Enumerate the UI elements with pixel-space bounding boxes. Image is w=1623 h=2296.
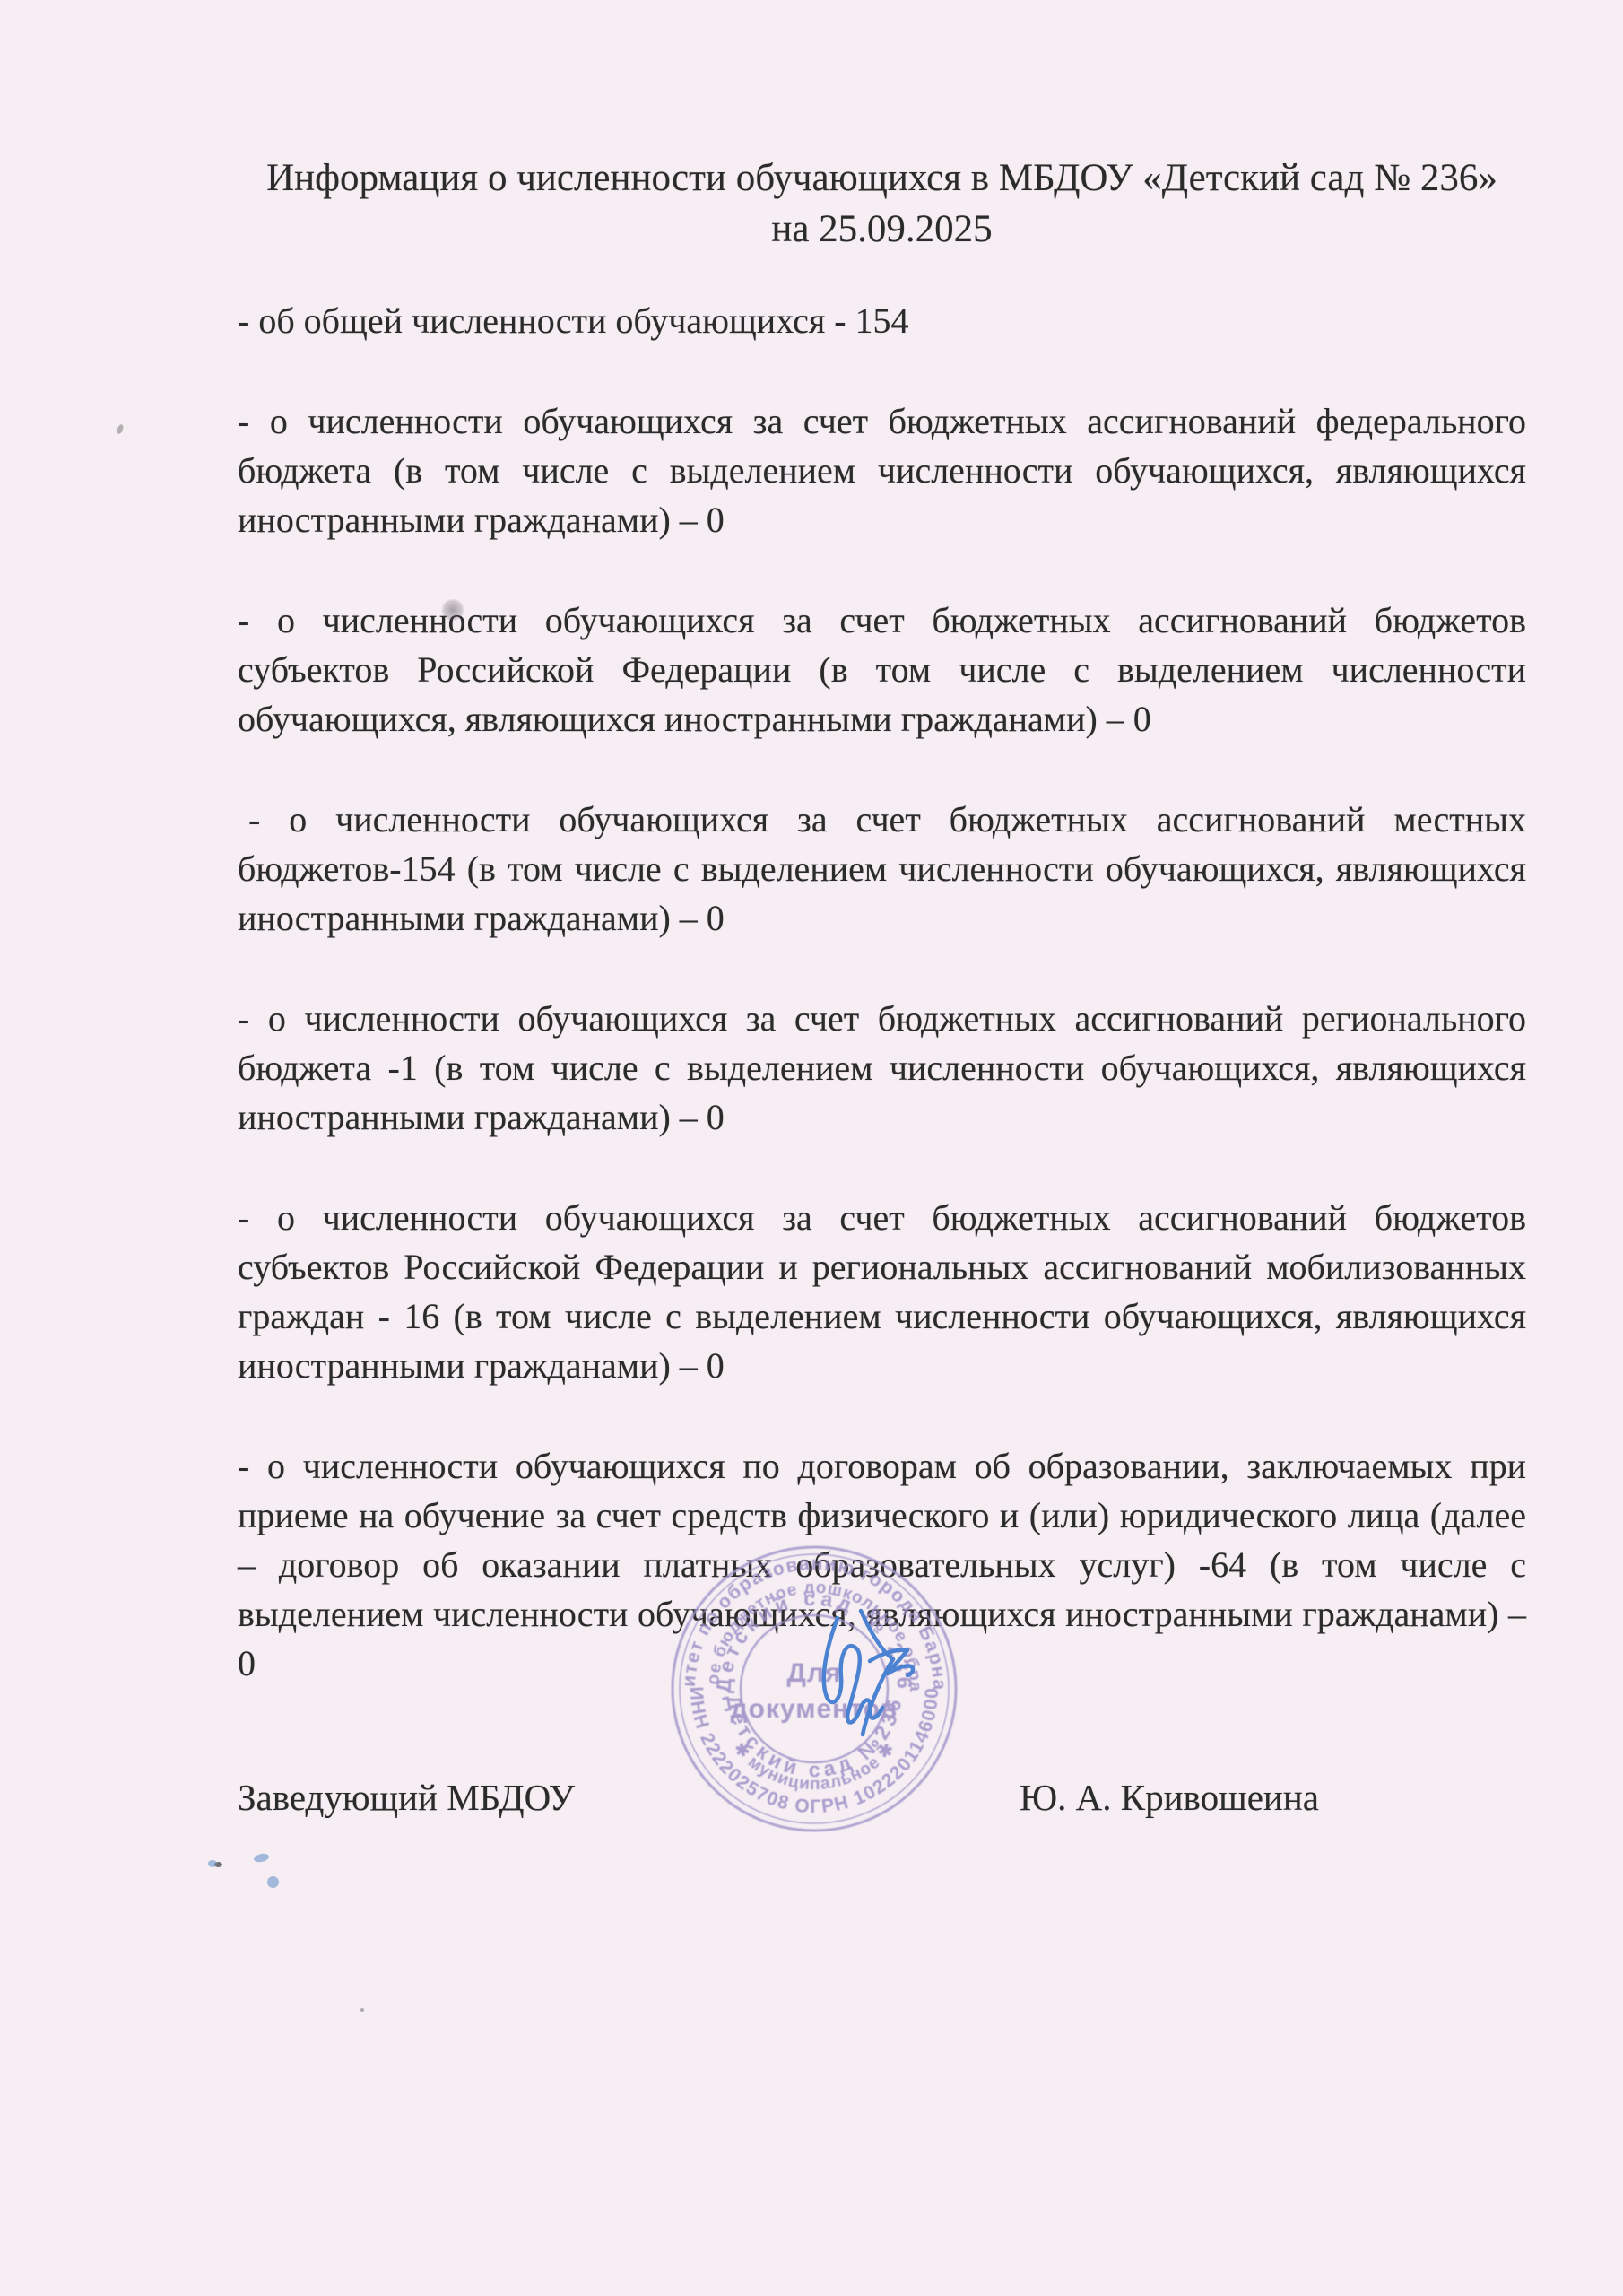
document-date: на 25.09.2025 [238,204,1526,255]
ink-speck [116,423,124,434]
scanned-document-page: Информация о численности обучающихся в М… [0,0,1623,2296]
paragraph-federal-budget: - о численности обучающихся за счет бюдж… [238,396,1526,544]
ink-speck [267,1876,279,1888]
paragraph-regional-subjects-budget: - о численности обучающихся за счет бюдж… [238,596,1526,744]
ink-speck [253,1852,269,1863]
signatory-role: Заведующий МБДОУ [238,1776,575,1819]
ink-speck [360,2008,364,2012]
paragraph-total-enrollment: - об общей численности обучающихся - 154 [238,296,1526,345]
paragraph-regional-budget: - о численности обучающихся за счет бюдж… [238,994,1526,1142]
ink-smudge [441,599,464,621]
signatory-name: Ю. А. Кривошеина [1020,1776,1319,1819]
ink-speck [208,1860,217,1867]
paragraph-local-budget: - о численности обучающихся за счет бюдж… [238,795,1526,943]
paragraph-mobilized-citizens: - о численности обучающихся за счет бюдж… [238,1193,1526,1390]
document-title: Информация о численности обучающихся в М… [238,152,1526,204]
handwritten-signature [762,1578,959,1758]
